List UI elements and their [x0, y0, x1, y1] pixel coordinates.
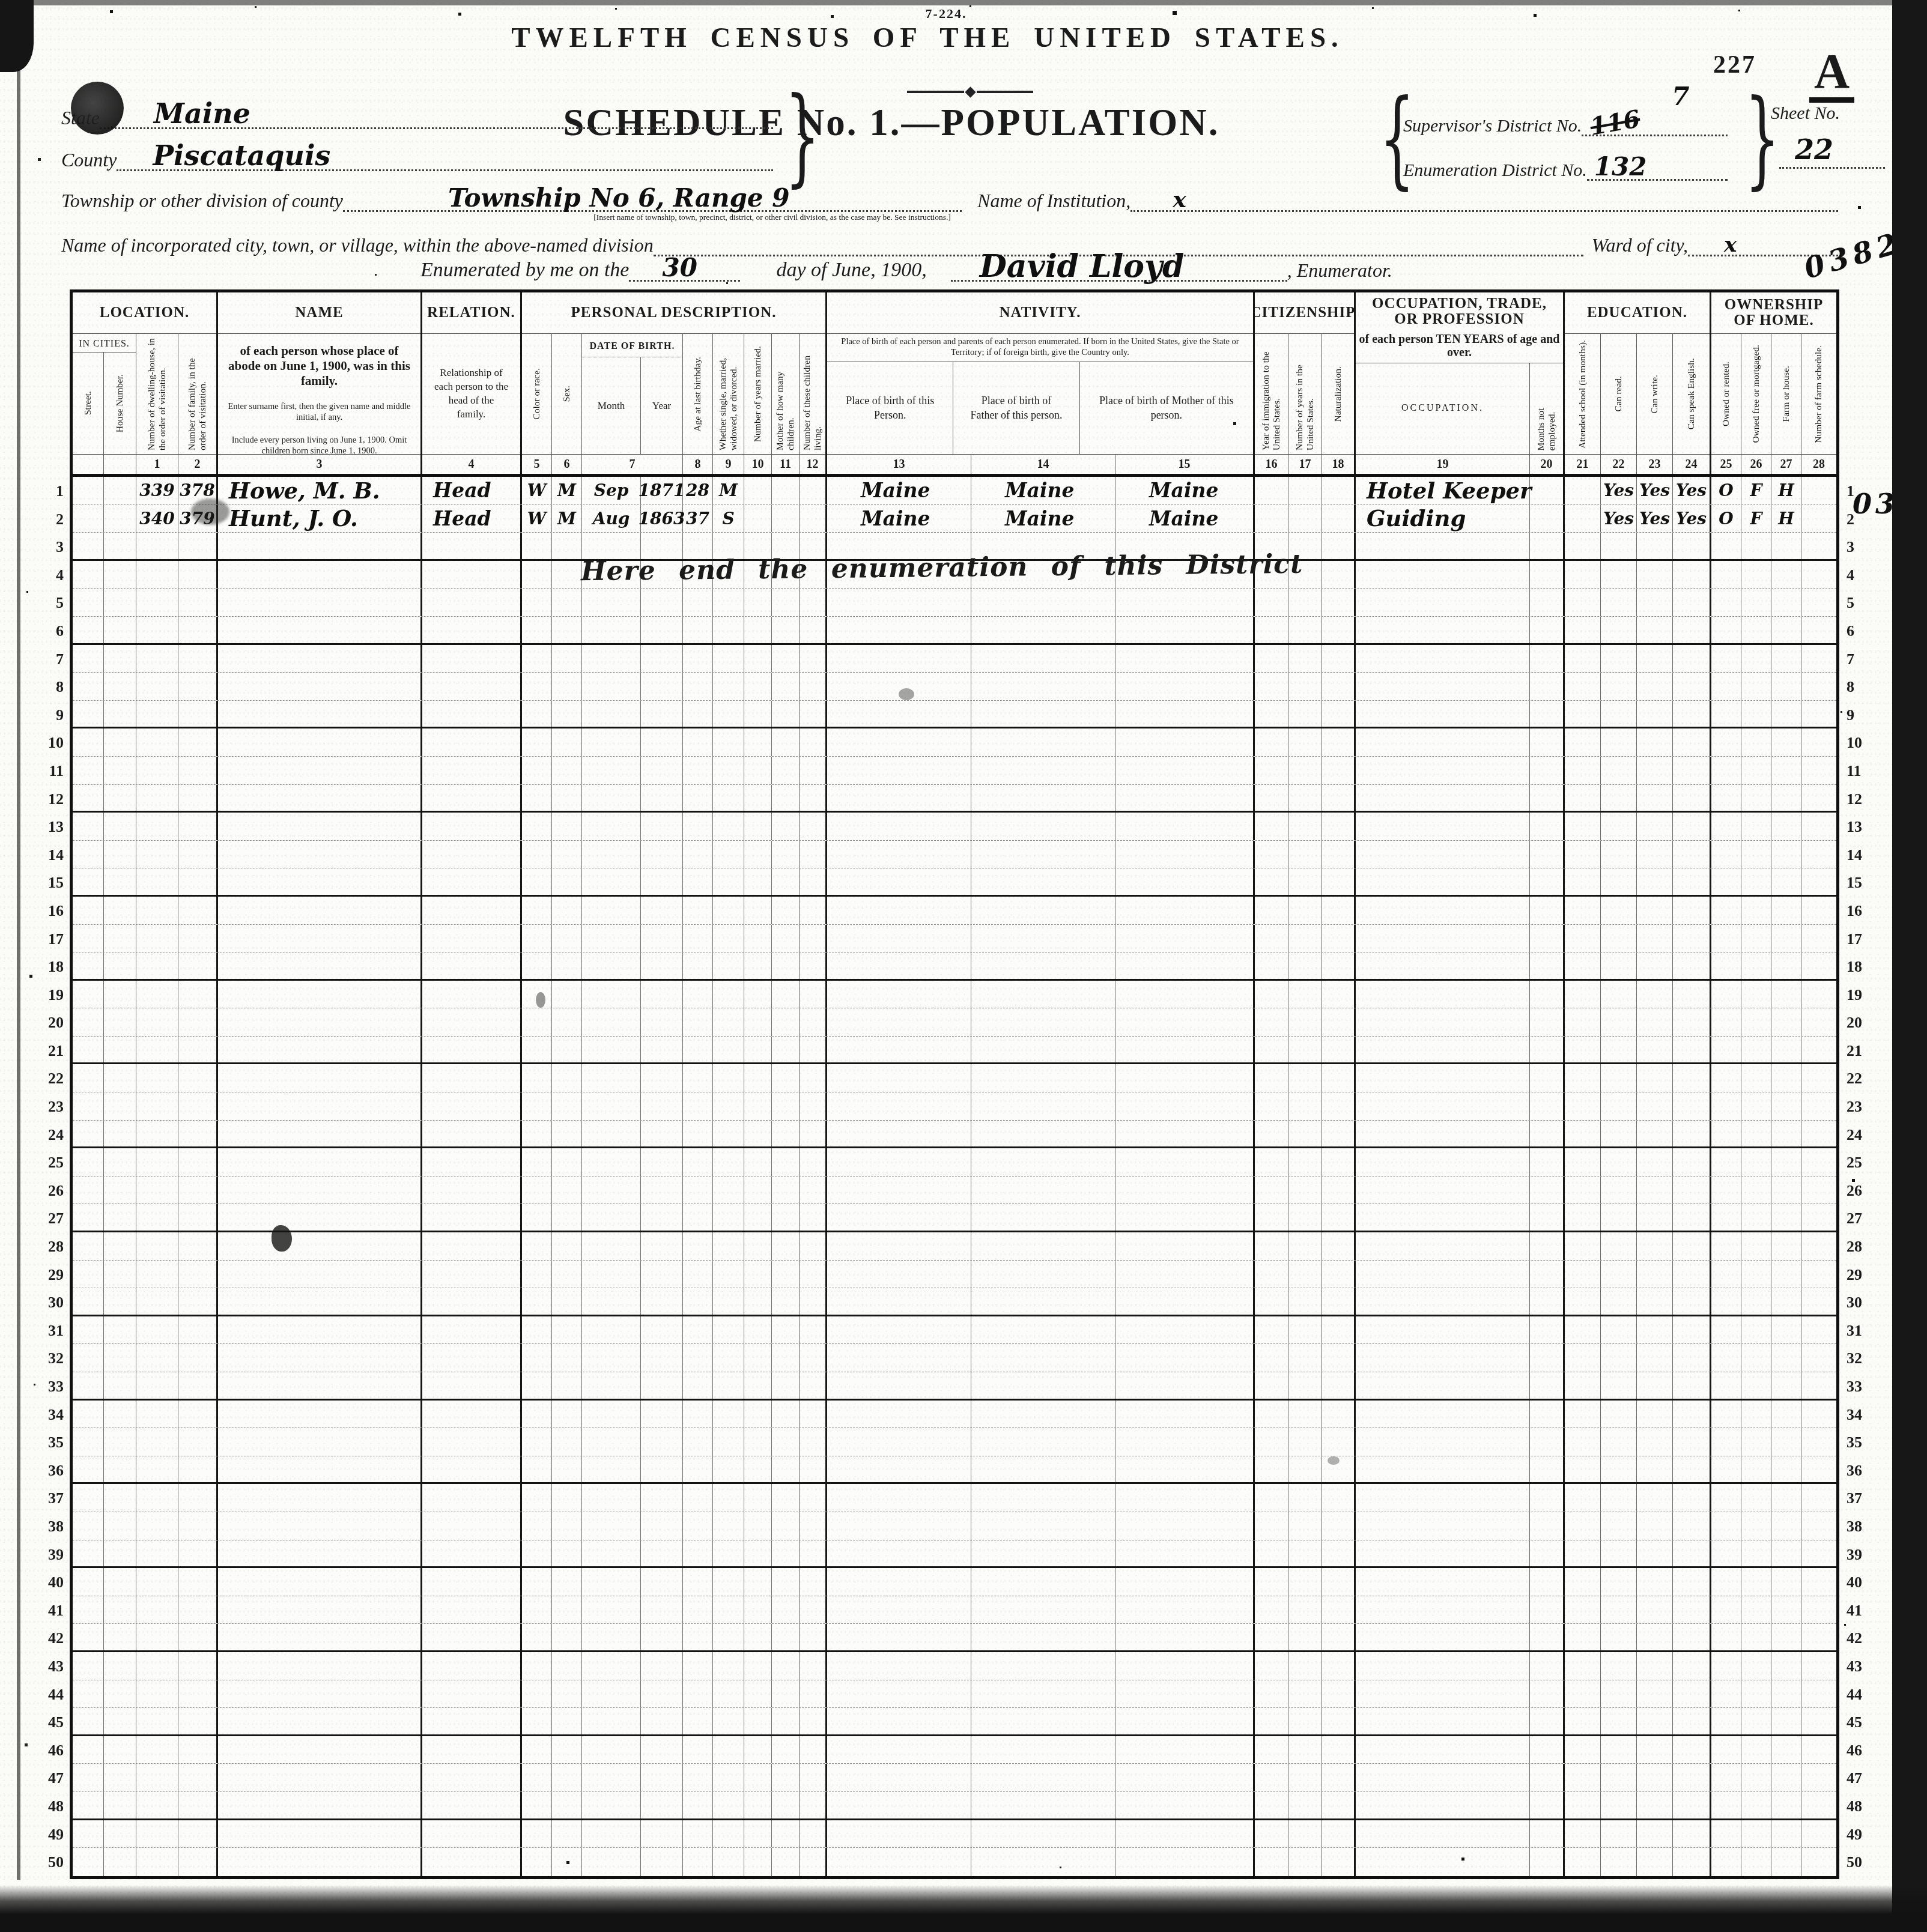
cell-house: [104, 673, 136, 700]
cell-children_living: [800, 1568, 827, 1596]
cell-street: [73, 505, 104, 533]
cell-age: [683, 1288, 713, 1315]
cell-years_married: [744, 589, 772, 616]
cell-name: [218, 981, 422, 1008]
cell-name: [218, 868, 422, 895]
cell-birth_month: [582, 1624, 641, 1650]
cell-birth_month: [582, 785, 641, 811]
cell-mother_birthplace: [1115, 1288, 1255, 1315]
cell-free_mortgaged: [1741, 952, 1771, 979]
enumeration-district-label: Enumeration District No.: [1403, 160, 1587, 181]
cell-color: [522, 1540, 552, 1567]
cell-marital: [713, 701, 744, 727]
cell-street: [73, 645, 104, 673]
col-number: 20: [1530, 455, 1563, 474]
cell-mother_birthplace: [1115, 728, 1255, 756]
cell-marital: [713, 673, 744, 700]
cell-can_write: [1637, 952, 1673, 979]
cell-sex: [552, 1372, 582, 1399]
cell-age: [683, 841, 713, 868]
cell-can_speak_english: [1673, 1792, 1711, 1818]
cell-naturalization: [1322, 505, 1356, 533]
cell-months_not_employed: [1530, 841, 1565, 868]
cell-farm_house: [1771, 868, 1801, 895]
cell-can_write: [1637, 1624, 1673, 1650]
cell-marital: [713, 1204, 744, 1231]
entry-age: 37: [686, 509, 709, 528]
state-fill-line: Maine: [100, 106, 773, 129]
cell-birth_year: [641, 1680, 683, 1708]
row-number: 4: [1847, 562, 1875, 590]
cell-age: 37: [683, 505, 713, 533]
cell-name: [218, 1344, 422, 1372]
page-title: TWELFTH CENSUS OF THE UNITED STATES.: [0, 22, 1855, 54]
cell-can_read: [1601, 1484, 1637, 1512]
cell-color: [522, 673, 552, 700]
cell-dwelling: [136, 1596, 178, 1624]
cell-mother_birthplace: [1115, 1428, 1255, 1456]
cell-sex: [552, 1568, 582, 1596]
cell-years_married: [744, 1848, 772, 1876]
cell-owned_rented: [1711, 952, 1741, 979]
cell-can_speak_english: [1673, 1261, 1711, 1288]
cell-birthplace: [827, 1792, 971, 1818]
cell-farm_schedule: [1801, 645, 1836, 673]
cell-years_in_us: [1288, 477, 1322, 504]
cell-years_in_us: [1288, 1401, 1322, 1428]
cell-children_living: [800, 1820, 827, 1848]
cell-years_married: [744, 1596, 772, 1624]
cell-can_write: [1637, 533, 1673, 559]
cell-dwelling: [136, 1736, 178, 1764]
cell-family: [178, 589, 218, 616]
col-description-line: Enter surname first, then the given name…: [225, 401, 413, 423]
cell-age: [683, 673, 713, 700]
cell-color: [522, 1428, 552, 1456]
row-number: 27: [1847, 1205, 1875, 1233]
cell-occupation: [1356, 1232, 1530, 1260]
cell-house: [104, 952, 136, 979]
cell-free_mortgaged: [1741, 841, 1771, 868]
cell-farm_house: [1771, 1848, 1801, 1876]
cell-sex: [552, 757, 582, 784]
col-number: 2: [178, 455, 216, 474]
cell-attended_school: [1565, 1792, 1601, 1818]
cell-house: [104, 1261, 136, 1288]
cell-sex: [552, 1344, 582, 1372]
cell-naturalization: [1322, 757, 1356, 784]
cell-family: [178, 1540, 218, 1567]
cell-name: [218, 1232, 422, 1260]
cell-years_married: [744, 505, 772, 533]
col-label-age: Age at last birthday.: [692, 353, 704, 435]
cell-father_birthplace: [971, 673, 1115, 700]
cell-immigration_year: [1255, 1344, 1288, 1372]
cell-birth_month: [582, 1848, 641, 1876]
cell-color: [522, 1708, 552, 1734]
cell-father_birthplace: [971, 1512, 1115, 1540]
cell-can_speak_english: [1673, 868, 1711, 895]
cell-years_married: [744, 1652, 772, 1680]
cell-color: [522, 841, 552, 868]
cell-mother_children: [772, 813, 800, 840]
cell-color: [522, 1232, 552, 1260]
cell-father_birthplace: [971, 1596, 1115, 1624]
cell-naturalization: [1322, 1624, 1356, 1650]
cell-occupation: [1356, 1037, 1530, 1063]
cell-farm_house: [1771, 1232, 1801, 1260]
cell-color: [522, 1792, 552, 1818]
cell-family: [178, 897, 218, 924]
cell-farm_house: [1771, 813, 1801, 840]
cell-farm_schedule: [1801, 925, 1836, 952]
cell-color: [522, 897, 552, 924]
cell-naturalization: [1322, 1456, 1356, 1483]
cell-birthplace: [827, 1512, 971, 1540]
col-label-farm_house: Farm or house.: [1780, 362, 1792, 425]
cell-children_living: [800, 981, 827, 1008]
cell-house: [104, 1540, 136, 1567]
cell-immigration_year: [1255, 1204, 1288, 1231]
cell-relation: [422, 1008, 522, 1036]
cell-relation: [422, 785, 522, 811]
cell-farm_schedule: [1801, 589, 1836, 616]
cell-can_speak_english: [1673, 1008, 1711, 1036]
cell-farm_house: [1771, 1176, 1801, 1204]
cell-dwelling: [136, 1568, 178, 1596]
cell-attended_school: [1565, 701, 1601, 727]
cell-birth_month: [582, 757, 641, 784]
cell-street: [73, 1008, 104, 1036]
entry-birthplace: Maine: [861, 507, 930, 530]
cell-years_married: [744, 673, 772, 700]
cell-marital: S: [713, 505, 744, 533]
cell-can_speak_english: [1673, 981, 1711, 1008]
cell-dwelling: [136, 728, 178, 756]
cell-can_write: [1637, 589, 1673, 616]
header-group: CITIZENSHIP.Year of immigration to the U…: [1255, 292, 1356, 474]
cell-mother_birthplace: [1115, 981, 1255, 1008]
cell-color: [522, 1764, 552, 1791]
cell-farm_house: [1771, 1540, 1801, 1567]
cell-color: W: [522, 505, 552, 533]
cell-can_write: [1637, 617, 1673, 643]
cell-birth_month: [582, 841, 641, 868]
cell-age: [683, 1204, 713, 1231]
cell-marital: [713, 1792, 744, 1818]
cell-street: [73, 757, 104, 784]
cell-years_married: [744, 1456, 772, 1483]
cell-months_not_employed: [1530, 785, 1565, 811]
col-number: 9: [713, 455, 744, 474]
cell-birth_year: [641, 1148, 683, 1176]
table-row: [73, 1372, 1836, 1401]
cell-birth_year: [641, 785, 683, 811]
cell-free_mortgaged: [1741, 1008, 1771, 1036]
entry-age: 28: [686, 480, 709, 500]
cell-father_birthplace: [971, 589, 1115, 616]
cell-street: [73, 1568, 104, 1596]
cell-father_birthplace: [971, 1148, 1115, 1176]
cell-street: [73, 925, 104, 952]
cell-mother_children: [772, 981, 800, 1008]
cell-sex: [552, 1401, 582, 1428]
row-number: 8: [35, 673, 64, 701]
cell-attended_school: [1565, 1428, 1601, 1456]
cell-street: [73, 728, 104, 756]
col-label-farm_schedule: Number of farm schedule.: [1813, 342, 1825, 447]
cell-birth_year: [641, 981, 683, 1008]
ward-label: Ward of city,: [1592, 234, 1688, 256]
cell-sex: [552, 1316, 582, 1344]
cell-name: [218, 728, 422, 756]
cell-free_mortgaged: [1741, 1624, 1771, 1650]
row-number: 13: [35, 813, 64, 841]
cell-relation: [422, 1261, 522, 1288]
cell-birth_month: [582, 1288, 641, 1315]
cell-years_married: [744, 1401, 772, 1428]
row-number: 22: [35, 1065, 64, 1093]
cell-birthplace: [827, 1736, 971, 1764]
cell-birth_year: [641, 868, 683, 895]
cell-dwelling: [136, 1764, 178, 1791]
cell-years_married: [744, 1121, 772, 1147]
col-description-line: Include every person living on June 1, 1…: [225, 435, 413, 454]
cell-house: [104, 897, 136, 924]
cell-farm_schedule: [1801, 813, 1836, 840]
entry-relation: Head: [433, 507, 491, 530]
cell-house: [104, 841, 136, 868]
cell-house: [104, 617, 136, 643]
cell-age: [683, 1568, 713, 1596]
cell-occupation: [1356, 1456, 1530, 1483]
cell-relation: [422, 1232, 522, 1260]
cell-mother_children: [772, 925, 800, 952]
cell-age: [683, 1484, 713, 1512]
cell-occupation: [1356, 1736, 1530, 1764]
col-head-years_married: Number of years married.: [744, 334, 772, 454]
col-head-free_mortgaged: Owned free or mortgaged.: [1741, 334, 1771, 454]
table-row: [73, 1064, 1836, 1092]
cell-can_write: [1637, 841, 1673, 868]
cell-owned_rented: [1711, 701, 1741, 727]
cell-owned_rented: [1711, 1372, 1741, 1399]
header-group: OCCUPATION, TRADE, OR PROFESSIONof each …: [1356, 292, 1565, 474]
cell-sex: [552, 673, 582, 700]
cell-mother_children: [772, 1288, 800, 1315]
cell-street: [73, 1176, 104, 1204]
cell-name: [218, 1820, 422, 1848]
cell-dwelling: [136, 701, 178, 727]
cell-birth_month: [582, 645, 641, 673]
column-numbers: 131415: [827, 454, 1253, 474]
cell-months_not_employed: [1530, 1484, 1565, 1512]
cell-free_mortgaged: [1741, 1344, 1771, 1372]
cell-father_birthplace: [971, 1344, 1115, 1372]
cell-mother_birthplace: [1115, 1764, 1255, 1791]
row-number: 18: [35, 953, 64, 981]
cell-house: [104, 1316, 136, 1344]
cell-immigration_year: [1255, 1764, 1288, 1791]
cell-mother_children: [772, 477, 800, 504]
entry-dwelling: 339: [139, 480, 174, 500]
cell-years_in_us: [1288, 1848, 1322, 1876]
row-number: 44: [1847, 1681, 1875, 1709]
cell-farm_house: [1771, 533, 1801, 559]
cell-father_birthplace: [971, 1037, 1115, 1063]
cell-birth_month: [582, 728, 641, 756]
township-value: Township No 6, Range 9: [448, 183, 789, 213]
col-head-name: of each person whose place of abode on J…: [218, 334, 420, 454]
column-numbers: 12: [73, 454, 216, 474]
cell-naturalization: [1322, 981, 1356, 1008]
cell-relation: [422, 1764, 522, 1791]
cell-can_write: [1637, 1344, 1673, 1372]
cell-free_mortgaged: [1741, 1512, 1771, 1540]
cell-naturalization: [1322, 1176, 1356, 1204]
cell-can_speak_english: [1673, 1037, 1711, 1063]
cell-house: [104, 1176, 136, 1204]
table-row: [73, 1512, 1836, 1540]
cell-street: [73, 1624, 104, 1650]
cell-father_birthplace: [971, 1708, 1115, 1734]
cell-mother_children: [772, 1540, 800, 1567]
cell-owned_rented: [1711, 1428, 1741, 1456]
cell-farm_house: [1771, 1008, 1801, 1036]
cell-can_read: [1601, 841, 1637, 868]
cell-naturalization: [1322, 1148, 1356, 1176]
cell-attended_school: [1565, 1512, 1601, 1540]
cell-house: [104, 757, 136, 784]
cell-street: [73, 1736, 104, 1764]
cell-years_married: [744, 952, 772, 979]
cell-owned_rented: [1711, 1316, 1741, 1344]
col-head-birthplace: Place of birth of this Person.: [827, 362, 953, 454]
cell-farm_schedule: [1801, 1261, 1836, 1288]
cell-dwelling: [136, 1820, 178, 1848]
cell-attended_school: [1565, 1764, 1601, 1791]
cell-months_not_employed: [1530, 477, 1565, 504]
cell-dwelling: [136, 1540, 178, 1567]
cell-father_birthplace: [971, 785, 1115, 811]
cell-can_write: [1637, 728, 1673, 756]
cell-occupation: [1356, 561, 1530, 589]
cell-naturalization: [1322, 1037, 1356, 1063]
col-head-can_read: Can read.: [1601, 334, 1637, 454]
cell-age: [683, 1261, 713, 1288]
cell-color: [522, 1624, 552, 1650]
cell-birthplace: [827, 673, 971, 700]
cell-mother_birthplace: [1115, 897, 1255, 924]
cell-occupation: [1356, 617, 1530, 643]
cell-sex: [552, 897, 582, 924]
cell-naturalization: [1322, 1764, 1356, 1791]
cell-mother_birthplace: [1115, 1372, 1255, 1399]
cell-months_not_employed: [1530, 617, 1565, 643]
cell-color: [522, 645, 552, 673]
cell-owned_rented: [1711, 1232, 1741, 1260]
cell-mother_birthplace: [1115, 785, 1255, 811]
cell-farm_house: [1771, 1037, 1801, 1063]
scan-edge-right: [1892, 0, 1927, 1932]
cell-immigration_year: [1255, 728, 1288, 756]
cell-immigration_year: [1255, 1680, 1288, 1708]
cell-color: [522, 1121, 552, 1147]
cell-birth_month: [582, 1456, 641, 1483]
cell-years_married: [744, 868, 772, 895]
cell-children_living: [800, 617, 827, 643]
cell-mother_birthplace: [1115, 841, 1255, 868]
cell-mother_children: [772, 897, 800, 924]
cell-marital: [713, 1568, 744, 1596]
cell-farm_house: [1771, 1568, 1801, 1596]
cell-years_married: [744, 1008, 772, 1036]
cell-relation: [422, 673, 522, 700]
date-of-birth-columns: MonthYear: [582, 357, 682, 454]
cell-farm_house: [1771, 981, 1801, 1008]
cell-sex: [552, 1624, 582, 1650]
row-number: 49: [35, 1821, 64, 1849]
cell-marital: [713, 1456, 744, 1483]
cell-age: [683, 1037, 713, 1063]
cell-attended_school: [1565, 1092, 1601, 1120]
cell-owned_rented: [1711, 1568, 1741, 1596]
cell-sex: [552, 645, 582, 673]
cell-birth_year: [641, 1428, 683, 1456]
cell-name: [218, 561, 422, 589]
col-head-immigration_year: Year of immigration to the United States…: [1255, 334, 1288, 454]
cell-dwelling: [136, 1008, 178, 1036]
cell-color: [522, 1820, 552, 1848]
cell-attended_school: [1565, 1344, 1601, 1372]
ink-stamp: [71, 82, 124, 135]
cell-birth_month: [582, 1037, 641, 1063]
cell-mother_children: [772, 1680, 800, 1708]
cell-birth_month: [582, 617, 641, 643]
cell-occupation: [1356, 1008, 1530, 1036]
cell-years_in_us: [1288, 505, 1322, 533]
cell-months_not_employed: [1530, 589, 1565, 616]
cell-birth_month: Sep: [582, 477, 641, 504]
cell-family: [178, 1708, 218, 1734]
cell-marital: [713, 1652, 744, 1680]
col-number: [73, 455, 104, 474]
cell-dwelling: 340: [136, 505, 178, 533]
cell-can_speak_english: [1673, 701, 1711, 727]
row-number: 48: [35, 1793, 64, 1821]
cell-marital: [713, 1540, 744, 1567]
entry-color: W: [527, 480, 546, 500]
table-row: [73, 1820, 1836, 1849]
cell-can_write: [1637, 813, 1673, 840]
table-row: [73, 1092, 1836, 1121]
cell-house: [104, 701, 136, 727]
cell-immigration_year: [1255, 785, 1288, 811]
cell-age: [683, 1512, 713, 1540]
cell-farm_house: H: [1771, 505, 1801, 533]
cell-dwelling: [136, 645, 178, 673]
cell-birthplace: [827, 1680, 971, 1708]
row-number: 48: [1847, 1793, 1875, 1821]
sheet-label: Sheet No.: [1771, 103, 1885, 124]
scan-corner-blob: [0, 0, 34, 72]
cell-farm_house: [1771, 1512, 1801, 1540]
cell-years_married: [744, 1820, 772, 1848]
cell-immigration_year: [1255, 1484, 1288, 1512]
cell-years_married: [744, 1261, 772, 1288]
cell-farm_schedule: [1801, 1512, 1836, 1540]
county-value: Piscataquis: [153, 139, 330, 172]
